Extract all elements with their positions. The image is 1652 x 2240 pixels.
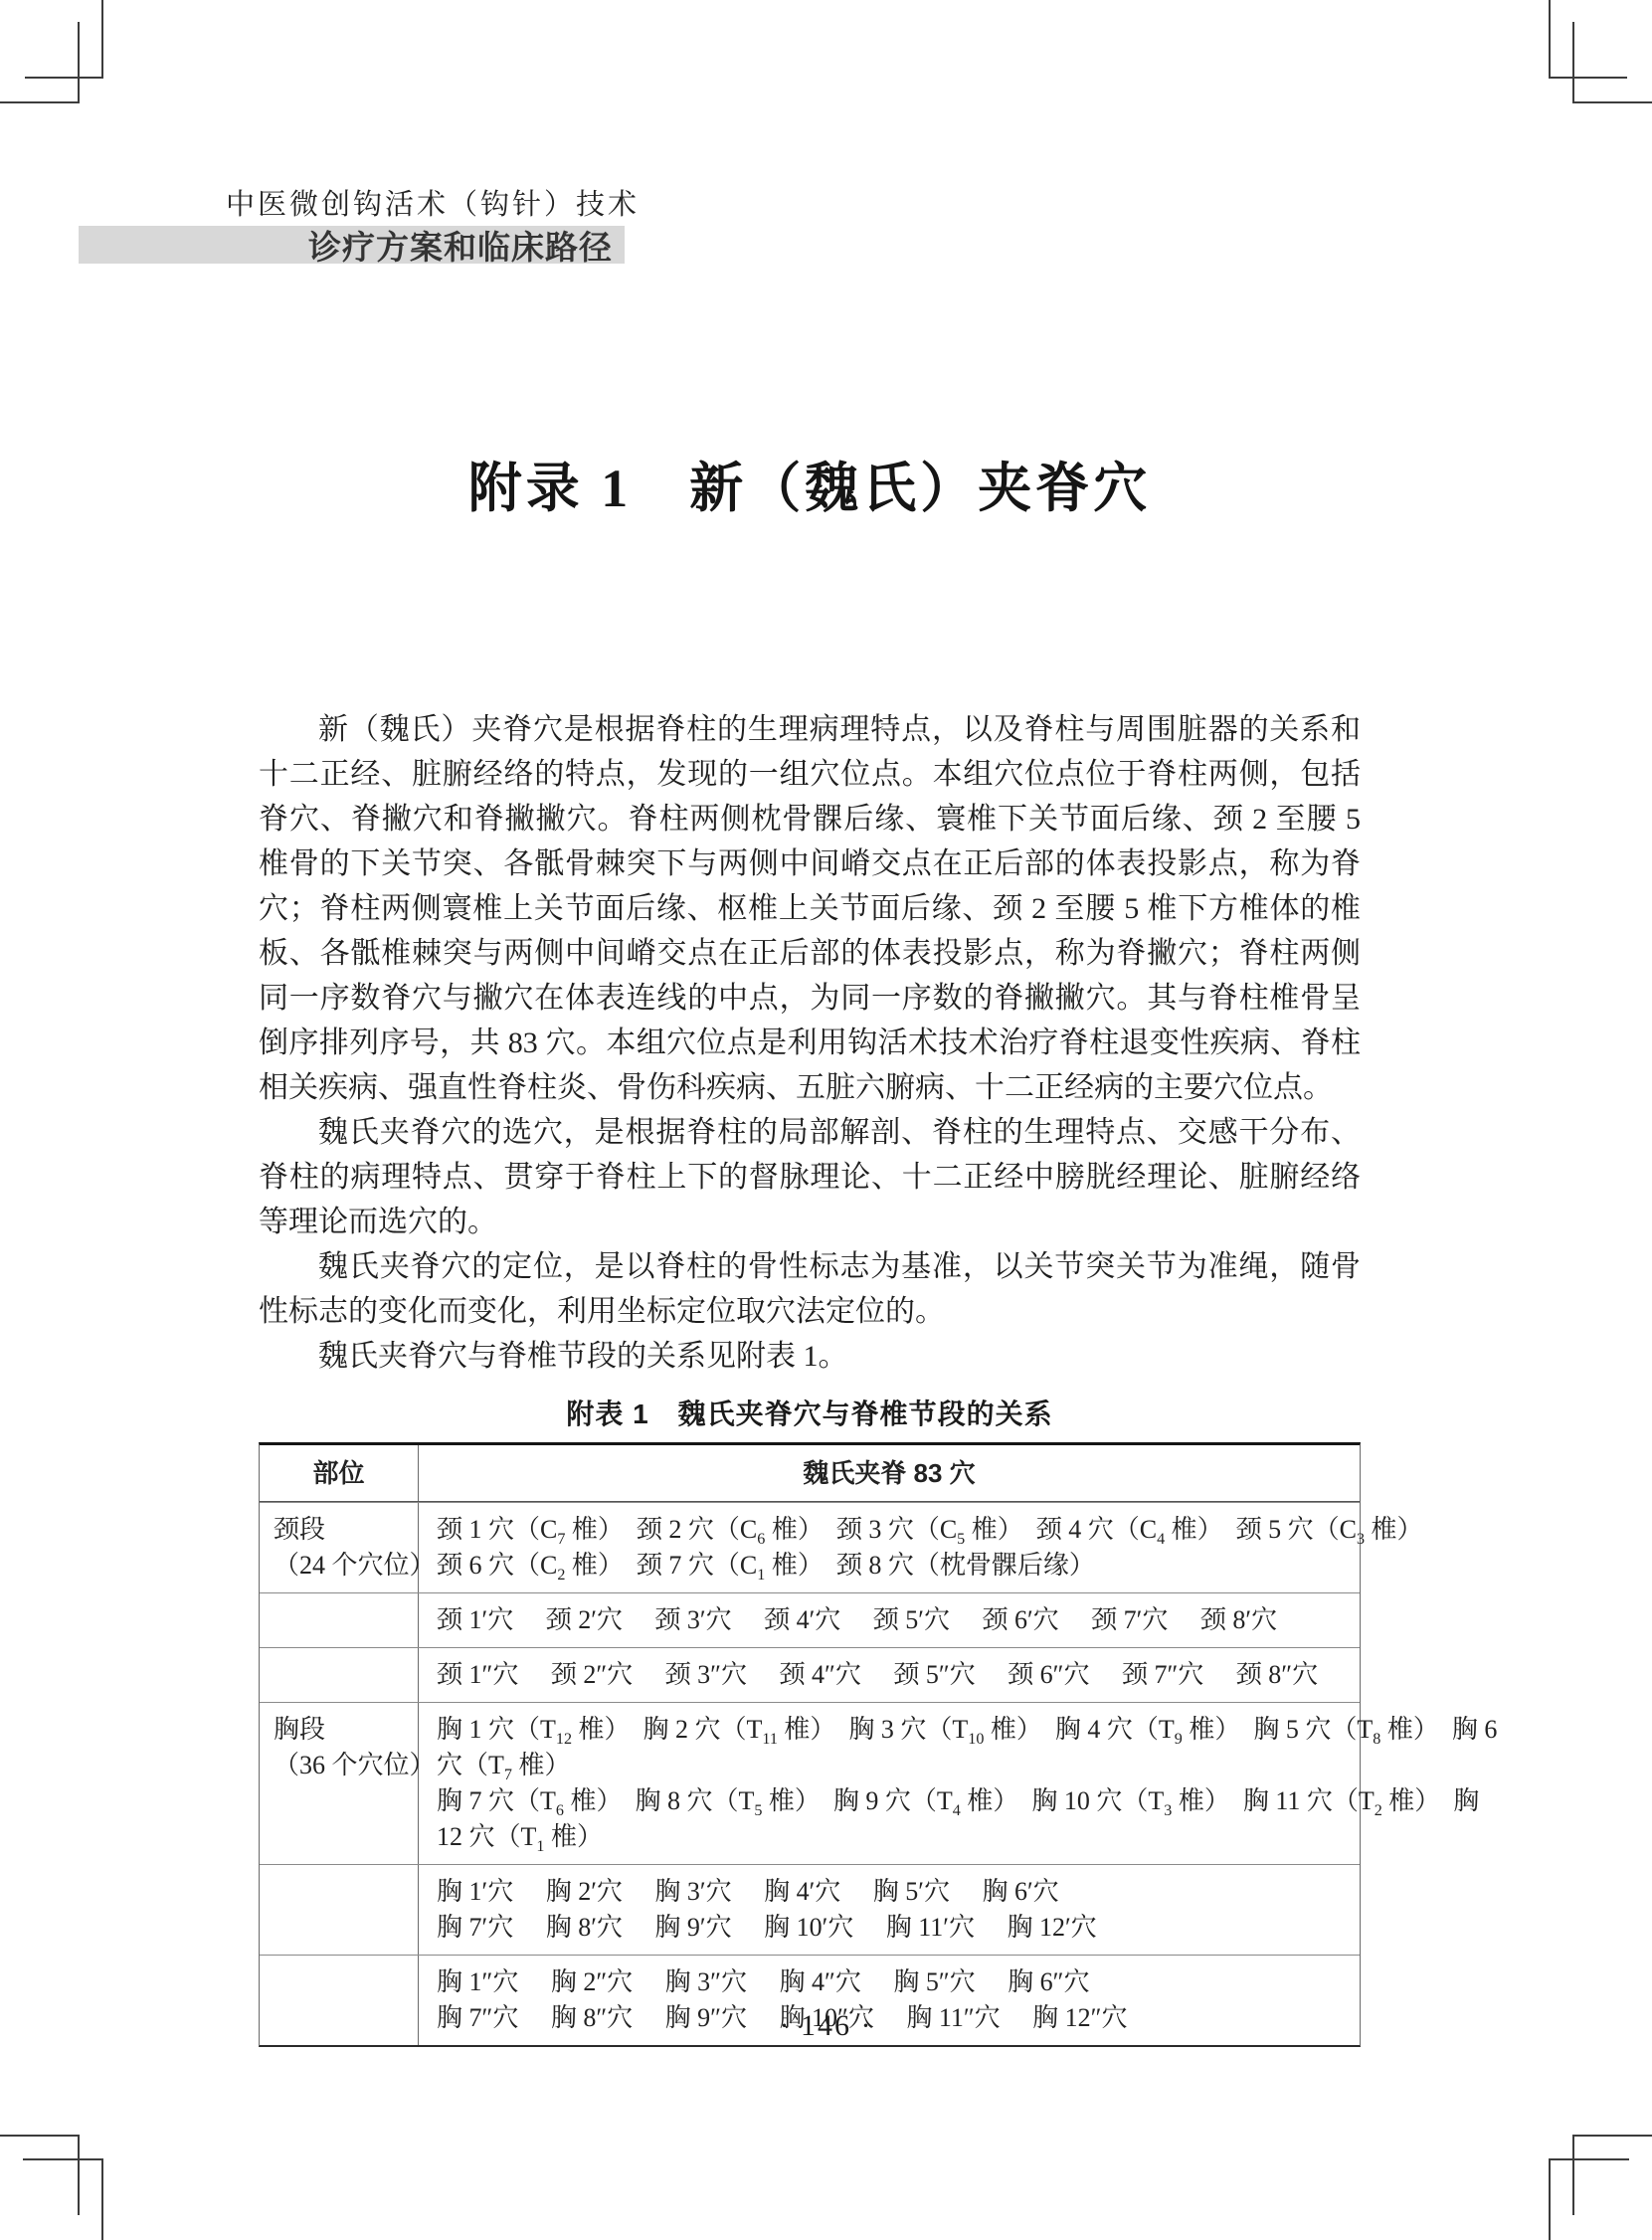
- crop-mark-bottom-right-inner: [1549, 2158, 1629, 2240]
- points-line: 胸 7′穴 胸 8′穴 胸 9′穴 胸 10′穴 胸 11′穴 胸 12′穴: [437, 1910, 1350, 1946]
- region-cell: [260, 1865, 419, 1955]
- region-column-header: 部位: [260, 1445, 419, 1501]
- crop-mark-top-left-inner: [0, 22, 80, 103]
- points-cell: 颈 1 穴（C7 椎） 颈 2 穴（C6 椎） 颈 3 穴（C5 椎） 颈 4 …: [419, 1503, 1433, 1592]
- paragraph: 魏氏夹脊穴的选穴，是根据脊柱的局部解剖、脊柱的生理特点、交感干分布、脊柱的病理特…: [259, 1110, 1361, 1244]
- points-line: 颈 6 穴（C2 椎） 颈 7 穴（C1 椎） 颈 8 穴（枕骨髁后缘）: [437, 1548, 1423, 1584]
- table-row: 胸段 （36 个穴位） 胸 1 穴（T12 椎） 胸 2 穴（T11 椎） 胸 …: [260, 1702, 1360, 1864]
- region-cell: 胸段 （36 个穴位）: [260, 1703, 419, 1864]
- points-line: 颈 1′穴 颈 2′穴 颈 3′穴 颈 4′穴 颈 5′穴 颈 6′穴 颈 7′…: [437, 1602, 1350, 1638]
- region-label: 胸段: [274, 1712, 414, 1748]
- points-line: 胸 1″穴 胸 2″穴 胸 3″穴 胸 4″穴 胸 5″穴 胸 6″穴: [437, 1964, 1350, 2000]
- book-subtitle-bar: 诊疗方案和临床路径: [79, 226, 625, 264]
- table-row: 颈 1′穴 颈 2′穴 颈 3′穴 颈 4′穴 颈 5′穴 颈 6′穴 颈 7′…: [260, 1592, 1360, 1647]
- book-title: 中医微创钩活术（钩针）技术: [226, 182, 640, 223]
- points-cell: 胸 1′穴 胸 2′穴 胸 3′穴 胸 4′穴 胸 5′穴 胸 6′穴 胸 7′…: [419, 1865, 1360, 1955]
- crop-mark-top-right-inner: [1572, 22, 1652, 103]
- book-subtitle: 诊疗方案和临床路径: [308, 222, 613, 269]
- document-page: 中医微创钩活术（钩针）技术 诊疗方案和临床路径 附录 1 新（魏氏）夹脊穴 新（…: [0, 0, 1652, 2240]
- points-cell: 颈 1″穴 颈 2″穴 颈 3″穴 颈 4″穴 颈 5″穴 颈 6″穴 颈 7″…: [419, 1648, 1360, 1702]
- table-row: 颈 1″穴 颈 2″穴 颈 3″穴 颈 4″穴 颈 5″穴 颈 6″穴 颈 7″…: [260, 1647, 1360, 1702]
- points-line: 胸 1′穴 胸 2′穴 胸 3′穴 胸 4′穴 胸 5′穴 胸 6′穴: [437, 1874, 1350, 1910]
- content-column: 附录 1 新（魏氏）夹脊穴 新（魏氏）夹脊穴是根据脊柱的生理病理特点，以及脊柱与…: [259, 446, 1361, 2047]
- crop-mark-bottom-left-inner: [23, 2158, 103, 2240]
- spine-points-table: 部位 魏氏夹脊 83 穴 颈段 （24 个穴位） 颈 1 穴（C7 椎） 颈 2…: [259, 1442, 1361, 2047]
- body-text: 新（魏氏）夹脊穴是根据脊柱的生理病理特点，以及脊柱与周围脏器的关系和十二正经、脏…: [259, 707, 1361, 1379]
- points-line: 穴（T7 椎）: [437, 1748, 1497, 1783]
- points-line: 12 穴（T1 椎）: [437, 1819, 1497, 1855]
- region-cell: [260, 1648, 419, 1702]
- appendix-title: 附录 1 新（魏氏）夹脊穴: [259, 446, 1361, 522]
- points-line: 颈 1 穴（C7 椎） 颈 2 穴（C6 椎） 颈 3 穴（C5 椎） 颈 4 …: [437, 1512, 1423, 1548]
- table-row: 胸 1′穴 胸 2′穴 胸 3′穴 胸 4′穴 胸 5′穴 胸 6′穴 胸 7′…: [260, 1864, 1360, 1955]
- page-number: · 146 ·: [0, 2009, 1652, 2043]
- points-column-header: 魏氏夹脊 83 穴: [419, 1445, 1360, 1501]
- region-label: 颈段: [274, 1512, 414, 1548]
- table-caption: 附表 1 魏氏夹脊穴与脊椎节段的关系: [259, 1393, 1361, 1432]
- region-cell: 颈段 （24 个穴位）: [260, 1503, 419, 1592]
- region-count: （36 个穴位）: [274, 1748, 414, 1783]
- region-count: （24 个穴位）: [274, 1548, 414, 1584]
- points-line: 胸 7 穴（T6 椎） 胸 8 穴（T5 椎） 胸 9 穴（T4 椎） 胸 10…: [437, 1783, 1497, 1819]
- region-cell: [260, 1593, 419, 1647]
- points-line: 胸 1 穴（T12 椎） 胸 2 穴（T11 椎） 胸 3 穴（T10 椎） 胸…: [437, 1712, 1497, 1748]
- paragraph: 新（魏氏）夹脊穴是根据脊柱的生理病理特点，以及脊柱与周围脏器的关系和十二正经、脏…: [259, 707, 1361, 1110]
- points-line: 颈 1″穴 颈 2″穴 颈 3″穴 颈 4″穴 颈 5″穴 颈 6″穴 颈 7″…: [437, 1657, 1350, 1693]
- points-cell: 颈 1′穴 颈 2′穴 颈 3′穴 颈 4′穴 颈 5′穴 颈 6′穴 颈 7′…: [419, 1593, 1360, 1647]
- table-header-row: 部位 魏氏夹脊 83 穴: [260, 1445, 1360, 1502]
- paragraph: 魏氏夹脊穴的定位，是以脊柱的骨性标志为基准，以关节突关节为准绳，随骨性标志的变化…: [259, 1244, 1361, 1334]
- paragraph: 魏氏夹脊穴与脊椎节段的关系见附表 1。: [259, 1334, 1361, 1379]
- points-cell: 胸 1 穴（T12 椎） 胸 2 穴（T11 椎） 胸 3 穴（T10 椎） 胸…: [419, 1703, 1507, 1864]
- table-row: 颈段 （24 个穴位） 颈 1 穴（C7 椎） 颈 2 穴（C6 椎） 颈 3 …: [260, 1502, 1360, 1592]
